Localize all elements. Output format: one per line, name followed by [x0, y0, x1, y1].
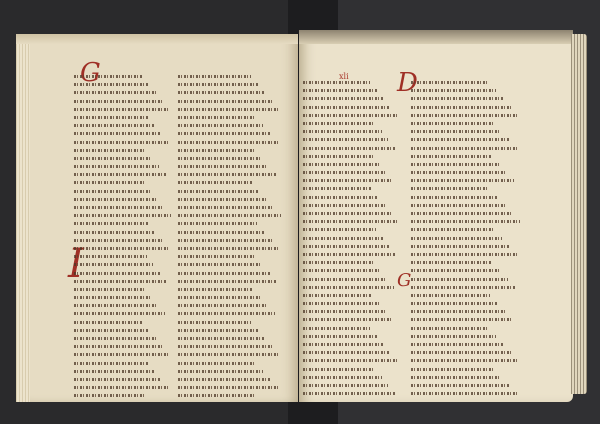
text-line	[303, 299, 399, 307]
text-line	[178, 72, 282, 80]
text-line	[178, 219, 282, 227]
text-line	[74, 170, 172, 178]
text-line	[411, 160, 521, 168]
text-line	[303, 94, 399, 102]
text-line	[411, 381, 521, 389]
text-line	[303, 389, 399, 396]
text-line	[74, 203, 172, 211]
text-line	[74, 219, 172, 227]
text-line	[74, 146, 172, 154]
text-line	[411, 127, 521, 135]
text-line	[178, 105, 282, 113]
text-line	[74, 367, 172, 375]
text-line	[178, 277, 282, 285]
text-line	[74, 383, 172, 391]
text-line	[178, 88, 282, 96]
text-line	[411, 250, 521, 258]
text-line	[303, 283, 399, 291]
text-line	[178, 170, 282, 178]
text-line	[178, 359, 282, 367]
text-line	[178, 236, 282, 244]
text-line	[303, 217, 399, 225]
text-line	[303, 356, 399, 364]
text-line	[74, 293, 172, 301]
text-line	[303, 86, 399, 94]
text-line	[303, 275, 399, 283]
text-line	[178, 309, 282, 317]
text-line	[178, 269, 282, 277]
text-line	[74, 195, 172, 203]
text-line	[411, 266, 521, 274]
text-line	[303, 225, 399, 233]
right-page-top-edge	[299, 30, 573, 44]
right-page-fore-edge	[571, 34, 587, 394]
text-line	[178, 375, 282, 383]
text-line	[178, 146, 282, 154]
left-page-column-1	[74, 72, 172, 402]
text-line	[178, 252, 282, 260]
text-line	[303, 315, 399, 323]
text-line	[303, 250, 399, 258]
text-line	[303, 119, 399, 127]
text-line	[411, 86, 521, 94]
text-line	[411, 152, 521, 160]
text-line	[74, 350, 172, 358]
text-line	[303, 193, 399, 201]
text-line	[411, 389, 521, 396]
text-line	[303, 135, 399, 143]
red-initial-g-right: G	[397, 268, 411, 294]
text-line	[74, 301, 172, 309]
text-line	[411, 193, 521, 201]
left-page-top-edge	[16, 34, 298, 44]
text-line	[303, 242, 399, 250]
text-line	[178, 211, 282, 219]
text-line	[411, 234, 521, 242]
text-line	[411, 291, 521, 299]
text-line	[411, 348, 521, 356]
text-line	[74, 252, 172, 260]
text-line	[178, 342, 282, 350]
text-line	[178, 80, 282, 88]
text-line	[411, 365, 521, 373]
text-line	[303, 332, 399, 340]
text-line	[411, 258, 521, 266]
text-line	[411, 78, 521, 86]
text-line	[411, 225, 521, 233]
manuscript-codex: G I xli D G	[16, 22, 586, 404]
text-line	[411, 103, 521, 111]
text-line	[178, 383, 282, 391]
text-line	[411, 299, 521, 307]
text-line	[74, 162, 172, 170]
text-line	[178, 129, 282, 137]
text-line	[303, 365, 399, 373]
text-line	[303, 168, 399, 176]
text-line	[411, 119, 521, 127]
text-line	[178, 391, 282, 399]
text-line	[303, 324, 399, 332]
text-line	[303, 111, 399, 119]
text-line	[74, 260, 172, 268]
text-line	[74, 236, 172, 244]
text-line	[74, 309, 172, 317]
text-line	[411, 135, 521, 143]
text-line	[411, 307, 521, 315]
text-line	[178, 228, 282, 236]
text-line	[178, 293, 282, 301]
text-line	[74, 72, 172, 80]
text-line	[74, 121, 172, 129]
text-line	[178, 285, 282, 293]
text-line	[74, 326, 172, 334]
text-line	[303, 78, 399, 86]
text-line	[303, 103, 399, 111]
text-line	[178, 203, 282, 211]
left-page: G I	[16, 34, 298, 402]
text-line	[74, 244, 172, 252]
text-line	[74, 375, 172, 383]
text-line	[303, 160, 399, 168]
text-line	[411, 184, 521, 192]
text-line	[178, 350, 282, 358]
text-line	[303, 152, 399, 160]
text-line	[74, 277, 172, 285]
text-line	[178, 195, 282, 203]
text-line	[303, 144, 399, 152]
text-line	[411, 315, 521, 323]
text-line	[74, 334, 172, 342]
text-line	[303, 234, 399, 242]
text-line	[178, 138, 282, 146]
text-line	[178, 244, 282, 252]
text-line	[74, 113, 172, 121]
text-line	[303, 184, 399, 192]
text-line	[303, 307, 399, 315]
text-line	[411, 324, 521, 332]
text-line	[303, 291, 399, 299]
left-page-column-2	[178, 72, 282, 402]
text-line	[178, 334, 282, 342]
text-line	[178, 113, 282, 121]
text-line	[74, 342, 172, 350]
text-line	[411, 332, 521, 340]
text-line	[411, 283, 521, 291]
text-line	[178, 178, 282, 186]
text-line	[303, 340, 399, 348]
text-line	[303, 201, 399, 209]
text-line	[411, 168, 521, 176]
text-line	[411, 340, 521, 348]
text-line	[178, 97, 282, 105]
text-line	[74, 285, 172, 293]
text-line	[411, 176, 521, 184]
right-page-column-1	[303, 78, 399, 396]
text-line	[303, 348, 399, 356]
text-line	[74, 97, 172, 105]
text-line	[411, 201, 521, 209]
text-line	[411, 217, 521, 225]
text-line	[178, 301, 282, 309]
text-line	[178, 162, 282, 170]
text-line	[74, 228, 172, 236]
text-line	[74, 138, 172, 146]
text-line	[178, 154, 282, 162]
text-line	[178, 187, 282, 195]
text-line	[74, 80, 172, 88]
text-line	[74, 105, 172, 113]
text-line	[178, 367, 282, 375]
text-line	[303, 381, 399, 389]
text-line	[74, 211, 172, 219]
text-line	[303, 266, 399, 274]
text-line	[411, 275, 521, 283]
text-line	[74, 88, 172, 96]
left-page-edge	[16, 34, 30, 402]
text-line	[303, 258, 399, 266]
text-line	[178, 260, 282, 268]
text-line	[303, 373, 399, 381]
text-line	[411, 209, 521, 217]
text-line	[74, 318, 172, 326]
right-page-column-2	[411, 78, 521, 396]
text-line	[178, 318, 282, 326]
text-line	[411, 373, 521, 381]
text-line	[178, 326, 282, 334]
text-line	[411, 356, 521, 364]
text-line	[303, 176, 399, 184]
text-line	[411, 242, 521, 250]
text-line	[74, 391, 172, 399]
text-line	[74, 187, 172, 195]
text-line	[74, 359, 172, 367]
right-page: xli D G	[299, 30, 573, 402]
text-line	[178, 121, 282, 129]
text-line	[411, 94, 521, 102]
text-line	[303, 209, 399, 217]
text-line	[74, 269, 172, 277]
text-line	[74, 154, 172, 162]
text-line	[303, 127, 399, 135]
text-line	[74, 178, 172, 186]
text-line	[411, 144, 521, 152]
text-line	[74, 129, 172, 137]
text-line	[411, 111, 521, 119]
